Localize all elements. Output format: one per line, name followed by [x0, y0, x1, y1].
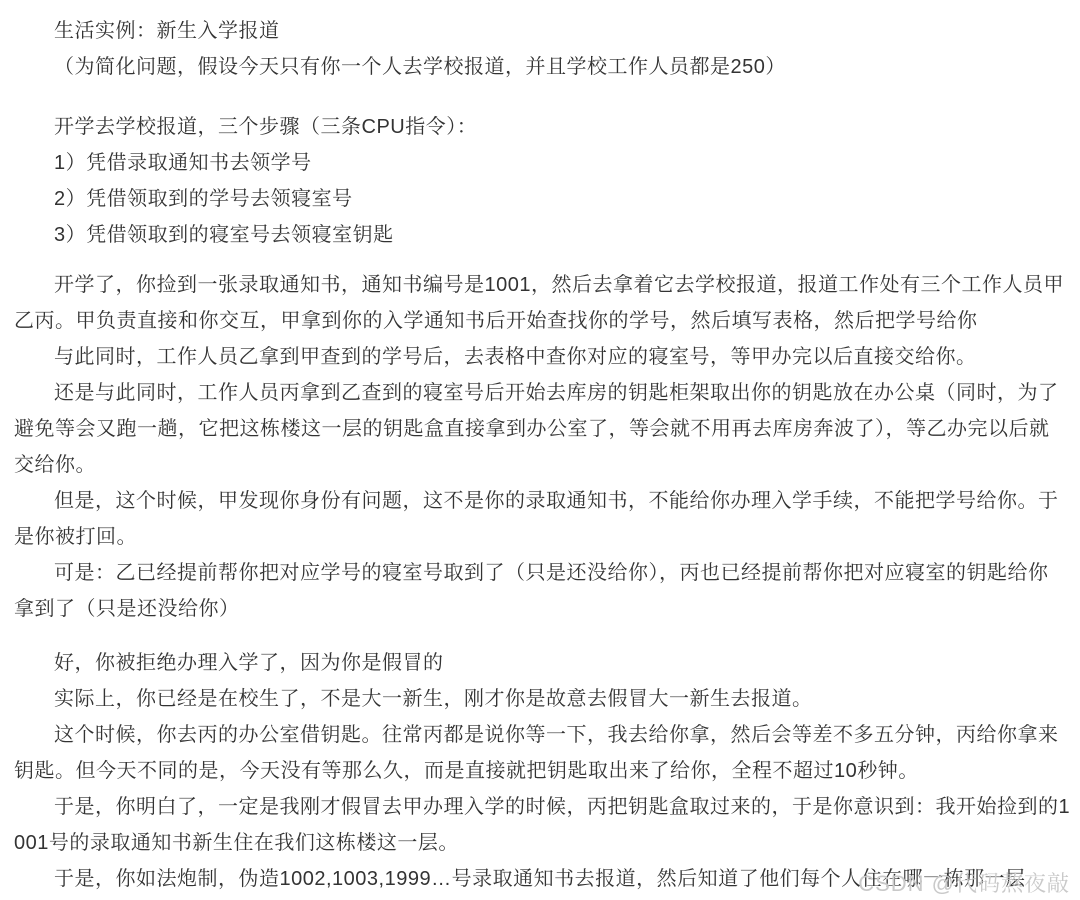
- document-page: 生活实例：新生入学报道（为简化问题，假设今天只有你一个人去学校报道，并且学校工作…: [0, 0, 1080, 900]
- text-line: （为简化问题，假设今天只有你一个人去学校报道，并且学校工作人员都是250）: [14, 49, 1070, 85]
- text-line: 于是，你明白了，一定是我刚才假冒去甲办理入学的时候，丙把钥匙盒取过来的，于是你意…: [14, 789, 1070, 825]
- text-line: 开学去学校报道，三个步骤（三条CPU指令）：: [14, 109, 1070, 145]
- text-line: 开学了，你捡到一张录取通知书，通知书编号是1001，然后去拿着它去学校报道，报道…: [14, 267, 1070, 303]
- text-line: 这个时候，你去丙的办公室借钥匙。往常丙都是说你等一下，我去给你拿，然后会等差不多…: [14, 717, 1070, 753]
- text-line: 乙丙。甲负责直接和你交互，甲拿到你的入学通知书后开始查找你的学号，然后填写表格，…: [14, 303, 1070, 339]
- text-line: 交给你。: [14, 447, 1070, 483]
- text-line: 3）凭借领取到的寝室号去领寝室钥匙: [14, 217, 1070, 253]
- document-body: 生活实例：新生入学报道（为简化问题，假设今天只有你一个人去学校报道，并且学校工作…: [0, 0, 1080, 897]
- text-line: 还是与此同时，工作人员丙拿到乙查到的寝室号后开始去库房的钥匙柜架取出你的钥匙放在…: [14, 375, 1070, 411]
- text-line: 拿到了（只是还没给你）: [14, 591, 1070, 627]
- paragraph-gap: [14, 627, 1070, 645]
- text-line: 好，你被拒绝办理入学了，因为你是假冒的: [14, 645, 1070, 681]
- text-line: 避免等会又跑一趟，它把这栋楼这一层的钥匙盒直接拿到办公室了，等会就不用再去库房奔…: [14, 411, 1070, 447]
- csdn-watermark: CSDN @代码熬夜敲: [858, 867, 1070, 898]
- text-line: 可是：乙已经提前帮你把对应学号的寝室号取到了（只是还没给你），丙也已经提前帮你把…: [14, 555, 1070, 591]
- text-line: 生活实例：新生入学报道: [14, 13, 1070, 49]
- text-line: 但是，这个时候，甲发现你身份有问题，这不是你的录取通知书，不能给你办理入学手续，…: [14, 483, 1070, 519]
- text-line: 1）凭借录取通知书去领学号: [14, 145, 1070, 181]
- paragraph-gap: [14, 253, 1070, 267]
- text-line: 是你被打回。: [14, 519, 1070, 555]
- text-line: 001号的录取通知书新生住在我们这栋楼这一层。: [14, 825, 1070, 861]
- text-line: 钥匙。但今天不同的是，今天没有等那么久，而是直接就把钥匙取出来了给你，全程不超过…: [14, 753, 1070, 789]
- text-line: 与此同时，工作人员乙拿到甲查到的学号后，去表格中查你对应的寝室号，等甲办完以后直…: [14, 339, 1070, 375]
- text-line: 2）凭借领取到的学号去领寝室号: [14, 181, 1070, 217]
- text-line: 实际上，你已经是在校生了，不是大一新生，刚才你是故意去假冒大一新生去报道。: [14, 681, 1070, 717]
- paragraph-gap: [14, 85, 1070, 109]
